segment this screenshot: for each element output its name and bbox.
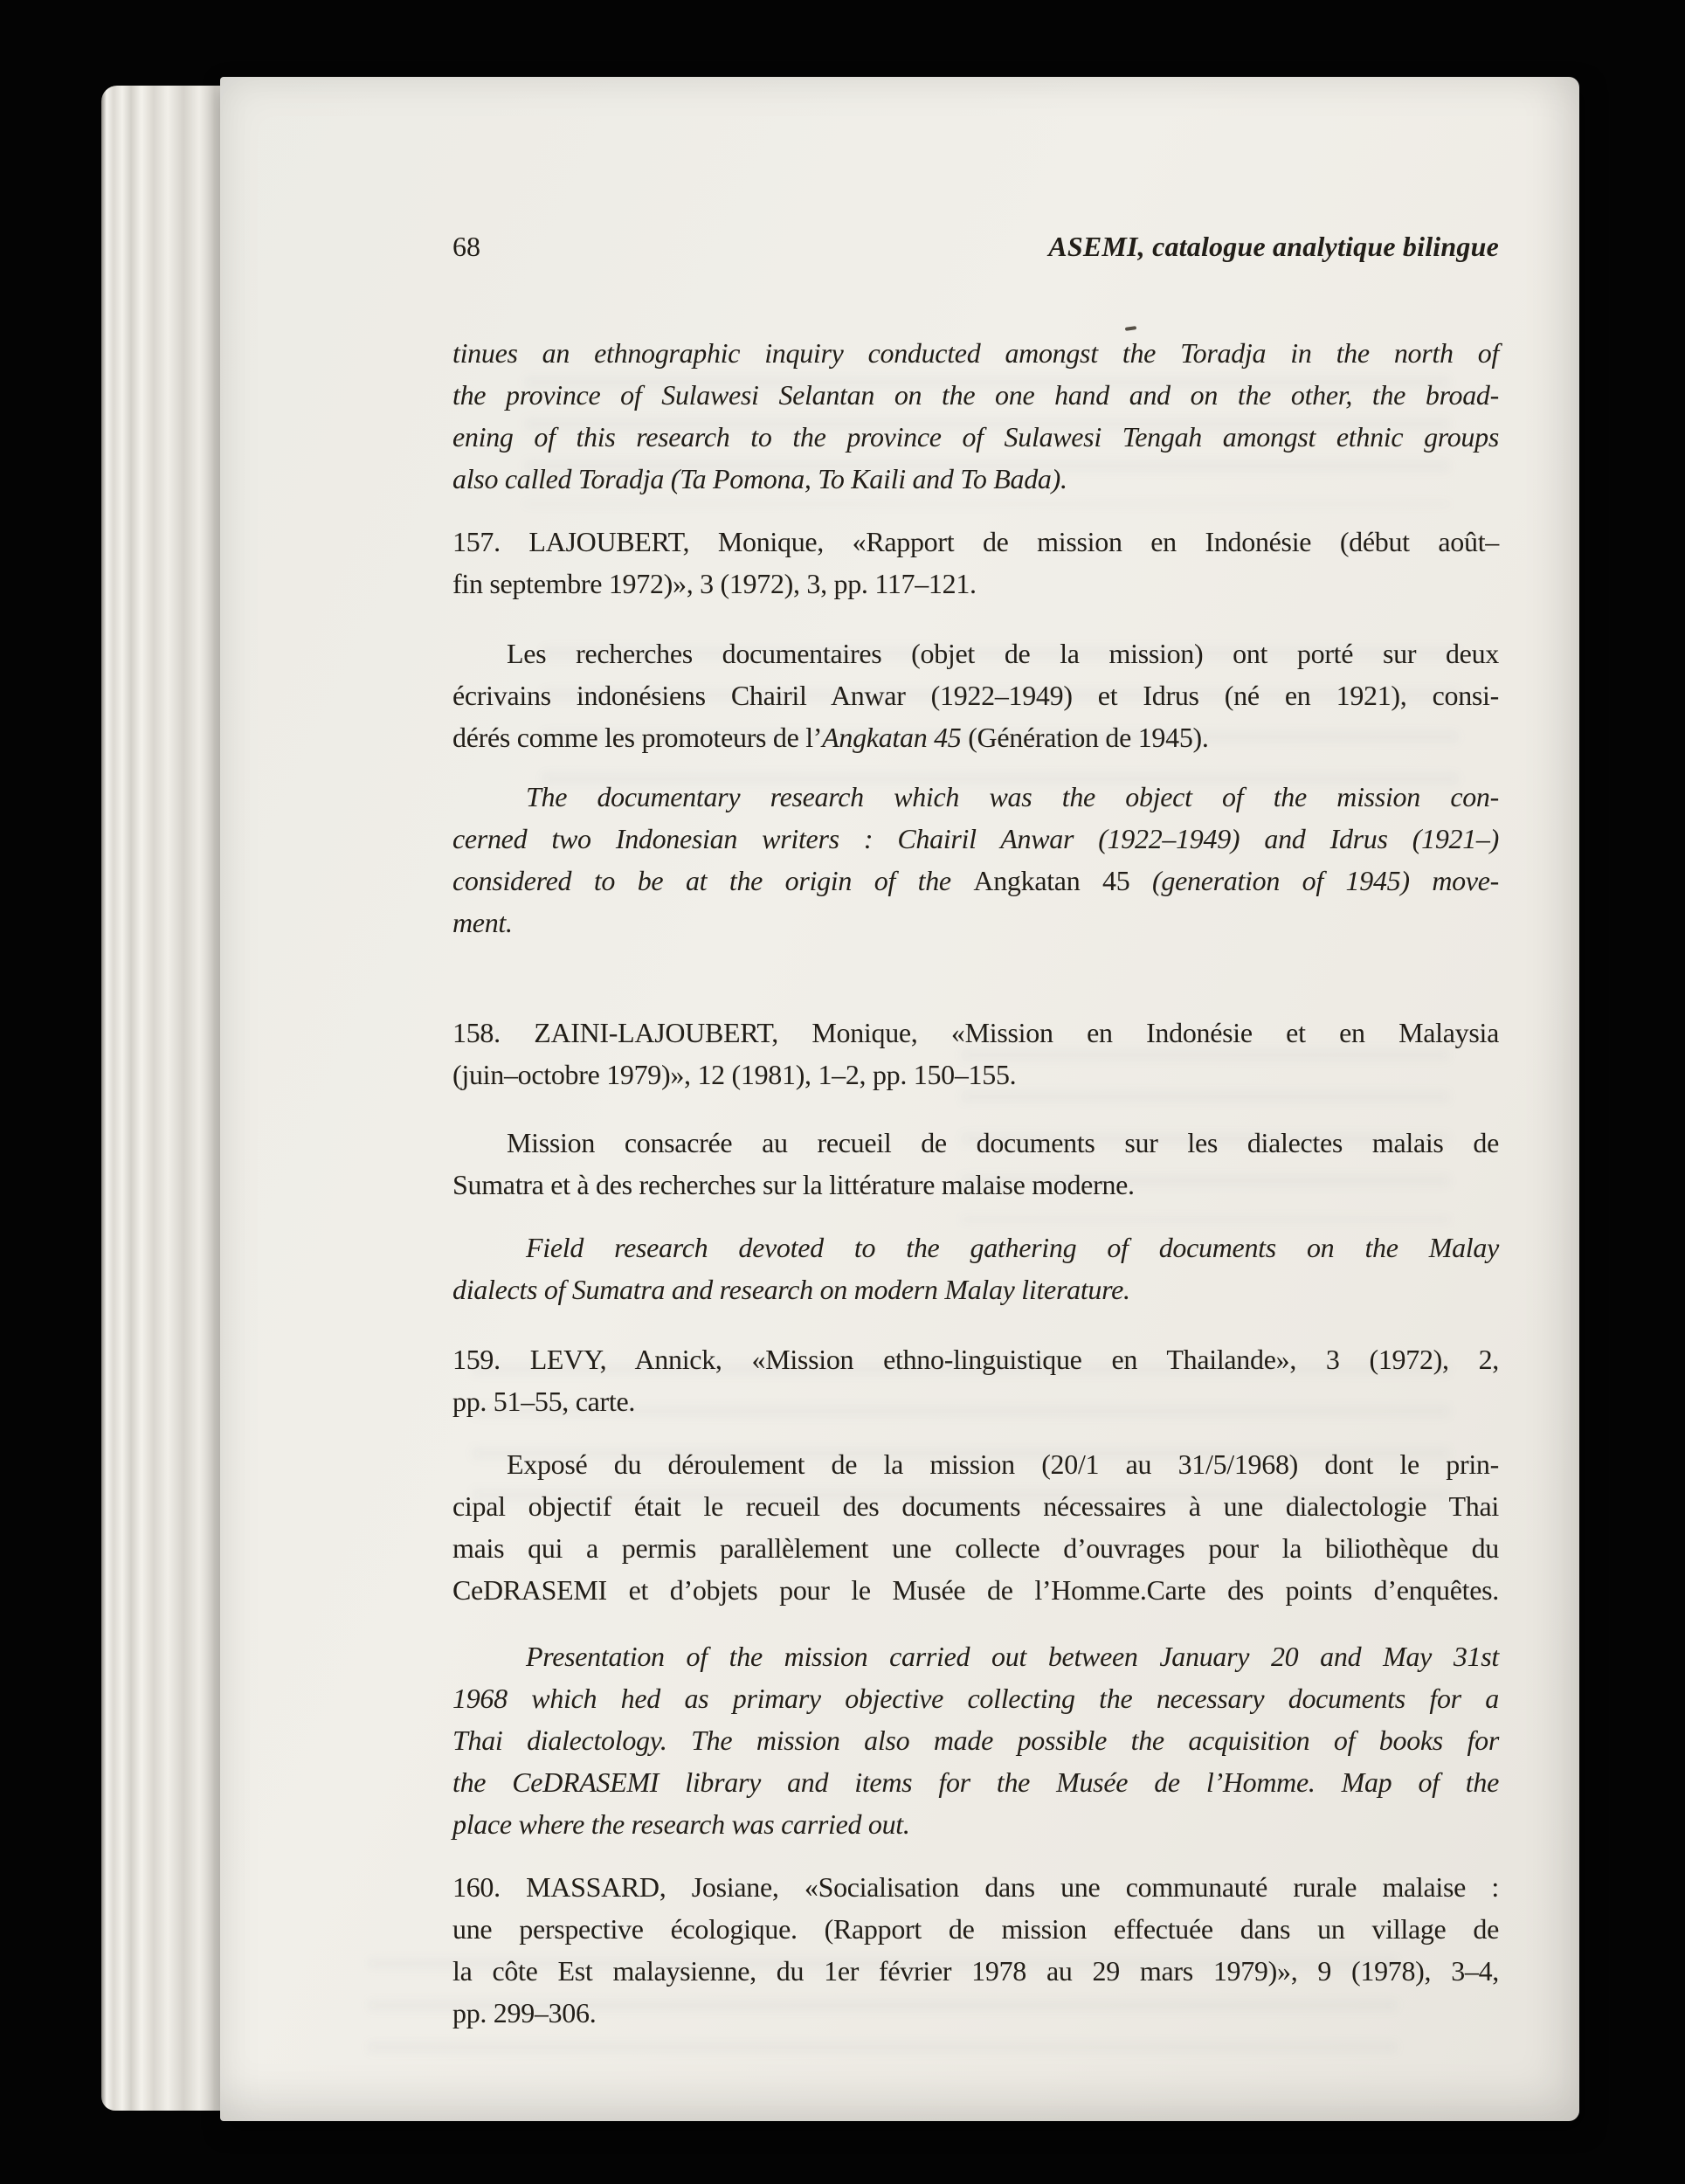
entry-160-citation: 160. MASSARD, Josiane, «Socialisation da… bbox=[452, 1866, 1499, 2034]
text-line: ening of this research to the province o… bbox=[452, 416, 1499, 458]
text-line: ment. bbox=[452, 902, 1499, 943]
text-column: 68 ASEMI, catalogue analytique bilingue … bbox=[220, 77, 1579, 2034]
text-line: Presentation of the mission carried out … bbox=[452, 1635, 1499, 1677]
entry-158-citation: 158. ZAINI-LAJOUBERT, Monique, «Mission … bbox=[452, 1012, 1499, 1095]
text-line: écrivains indonésiens Chairil Anwar (192… bbox=[452, 674, 1499, 716]
entry-159-abstract-en: Presentation of the mission carried out … bbox=[452, 1635, 1499, 1845]
text-line: fin septembre 1972)», 3 (1972), 3, pp. 1… bbox=[452, 563, 1499, 605]
text-line: Field research devoted to the gathering … bbox=[452, 1227, 1499, 1268]
text-line: cerned two Indonesian writers : Chairil … bbox=[452, 818, 1499, 860]
entry-157-citation: 157. LAJOUBERT, Monique, «Rapport de mis… bbox=[452, 521, 1499, 605]
text-line: also called Toradja (Ta Pomona, To Kaili… bbox=[452, 458, 1499, 500]
text-line: 159. LEVY, Annick, «Mission ethno-lingui… bbox=[452, 1338, 1499, 1380]
text-line: tinues an ethnographic inquiry conducted… bbox=[452, 332, 1499, 374]
entry-159-citation: 159. LEVY, Annick, «Mission ethno-lingui… bbox=[452, 1338, 1499, 1422]
text-line: the province of Sulawesi Selantan on the… bbox=[452, 374, 1499, 416]
text-line: dialects of Sumatra and research on mode… bbox=[452, 1268, 1499, 1310]
text-line: une perspective écologique. (Rapport de … bbox=[452, 1908, 1499, 1950]
text-line: 157. LAJOUBERT, Monique, «Rapport de mis… bbox=[452, 521, 1499, 563]
text-line: la côte Est malaysienne, du 1er février … bbox=[452, 1950, 1499, 1992]
text-line: Sumatra et à des recherches sur la litté… bbox=[452, 1164, 1499, 1206]
page-number: 68 bbox=[452, 225, 480, 267]
text-line: mais qui a permis parallèlement une coll… bbox=[452, 1527, 1499, 1569]
book-photo: 68 ASEMI, catalogue analytique bilingue … bbox=[0, 0, 1685, 2184]
book-page: 68 ASEMI, catalogue analytique bilingue … bbox=[220, 77, 1579, 2121]
text-line: pp. 299–306. bbox=[452, 1992, 1499, 2034]
text-line: Exposé du déroulement de la mission (20/… bbox=[452, 1443, 1499, 1485]
entry-157-abstract-en: The documentary research which was the o… bbox=[452, 776, 1499, 985]
text-line: Mission consacrée au recueil de document… bbox=[452, 1122, 1499, 1164]
text-line: Thai dialectology. The mission also made… bbox=[452, 1719, 1499, 1761]
entry-158-abstract-fr: Mission consacrée au recueil de document… bbox=[452, 1122, 1499, 1206]
text-line: 1968 which hed as primary objective coll… bbox=[452, 1677, 1499, 1719]
text-line: 160. MASSARD, Josiane, «Socialisation da… bbox=[452, 1866, 1499, 1908]
text-line: the CeDRASEMI library and items for the … bbox=[452, 1761, 1499, 1803]
page-stack-edge bbox=[101, 86, 229, 2111]
roman-term: Angkatan 45 bbox=[973, 865, 1129, 896]
running-title: ASEMI, catalogue analytique bilingue bbox=[1048, 225, 1499, 267]
entry-159-abstract-fr: Exposé du déroulement de la mission (20/… bbox=[452, 1443, 1499, 1611]
continuation-paragraph: tinues an ethnographic inquiry conducted… bbox=[452, 332, 1499, 500]
entry-158-abstract-en: Field research devoted to the gathering … bbox=[452, 1227, 1499, 1310]
text-line: CeDRASEMI et d’objets pour le Musée de l… bbox=[452, 1569, 1499, 1611]
italic-term: Angkatan 45 bbox=[822, 722, 961, 753]
text-line: (juin–octobre 1979)», 12 (1981), 1–2, pp… bbox=[452, 1054, 1499, 1095]
entry-157-abstract-fr: Les recherches documentaires (objet de l… bbox=[452, 632, 1499, 758]
text-line: cipal objectif était le recueil des docu… bbox=[452, 1485, 1499, 1527]
text-line: place where the research was carried out… bbox=[452, 1803, 1499, 1845]
text-line: 158. ZAINI-LAJOUBERT, Monique, «Mission … bbox=[452, 1012, 1499, 1054]
text-line: dérés comme les promoteurs de l’Angkatan… bbox=[452, 716, 1499, 758]
running-head: 68 ASEMI, catalogue analytique bilingue bbox=[452, 225, 1499, 267]
text-line: pp. 51–55, carte. bbox=[452, 1380, 1499, 1422]
text-line: Les recherches documentaires (objet de l… bbox=[452, 632, 1499, 674]
text-line: The documentary research which was the o… bbox=[452, 776, 1499, 818]
text-line: considered to be at the origin of the An… bbox=[452, 860, 1499, 902]
